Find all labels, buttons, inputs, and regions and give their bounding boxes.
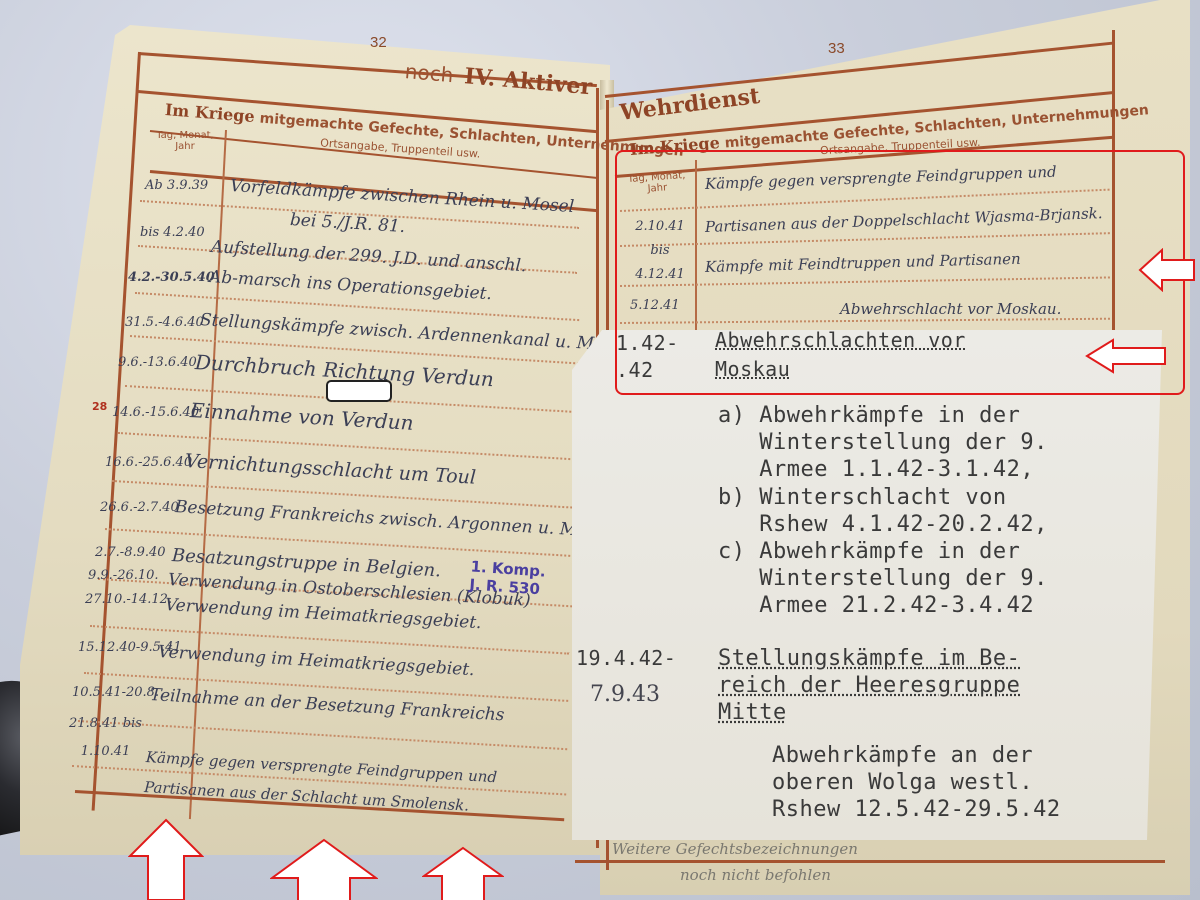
slip-entry2-date-b: 7.9.43 <box>590 682 660 707</box>
entry-date: 2.7.-8.9.40 <box>95 545 166 560</box>
entry-date: 27.10.-14.12. <box>85 592 172 607</box>
left-col-date-header: Tag, Monat, Jahr <box>150 130 220 152</box>
arrow-up-icon <box>128 818 204 900</box>
pencil-note-line1: Weitere Gefechtsbezeichnungen <box>612 840 858 858</box>
arrow-up-icon <box>422 846 504 900</box>
arrow-up-icon <box>270 838 378 900</box>
entry-date: bis 4.2.40 <box>140 225 205 240</box>
entry-date: 9.6.-13.6.40 <box>118 355 197 370</box>
slip-sub-a: a) Abwehrkämpfe in der Winterstellung de… <box>718 402 1048 483</box>
entry-date: Ab 3.9.39 <box>145 178 208 193</box>
right-frame-bottom <box>575 860 1165 863</box>
margin-number: 28 <box>92 400 107 413</box>
title-prefix: noch <box>404 59 455 87</box>
arrow-left-icon <box>1138 248 1196 292</box>
entry-date: 26.6.-2.7.40 <box>100 500 179 515</box>
entry-date: 10.5.41-20.8. <box>72 685 159 700</box>
slip-entry2-line2: reich der Heeresgruppe <box>718 672 1020 699</box>
entry-date: 31.5.-4.6.40 <box>125 315 204 330</box>
slip-entry2-line1: Stellungskämpfe im Be- <box>718 645 1020 672</box>
entry-date: 21.8.41 bis 1.10.41 <box>68 710 143 766</box>
arrow-left-icon <box>1085 338 1167 374</box>
entry-date: 9.9.-26.10. <box>88 568 159 583</box>
unit-stamp: 1. Komp. J. R. 530 <box>469 557 546 598</box>
entry-date: 4.2.-30.5.40 <box>128 270 215 285</box>
entry-date: 14.6.-15.6.40 <box>112 405 199 420</box>
left-page-number: 32 <box>370 34 387 51</box>
pencil-note-line2: noch nicht befohlen <box>680 866 831 884</box>
slip-sub-c: c) Abwehrkämpfe in der Winterstellung de… <box>718 538 1048 619</box>
entry-date: 16.6.-25.6.40 <box>105 455 192 470</box>
right-page-number: 33 <box>828 40 845 57</box>
redaction-box <box>326 380 392 402</box>
slip-entry2-line3: Mitte <box>718 699 787 726</box>
slip-entry2-date-a: 19.4.42- <box>576 645 676 672</box>
slip-entry2-sub: Abwehrkämpfe an der oberen Wolga westl. … <box>772 742 1061 823</box>
slip-sub-b: b) Winterschlacht von Rshew 4.1.42-20.2.… <box>718 484 1048 538</box>
